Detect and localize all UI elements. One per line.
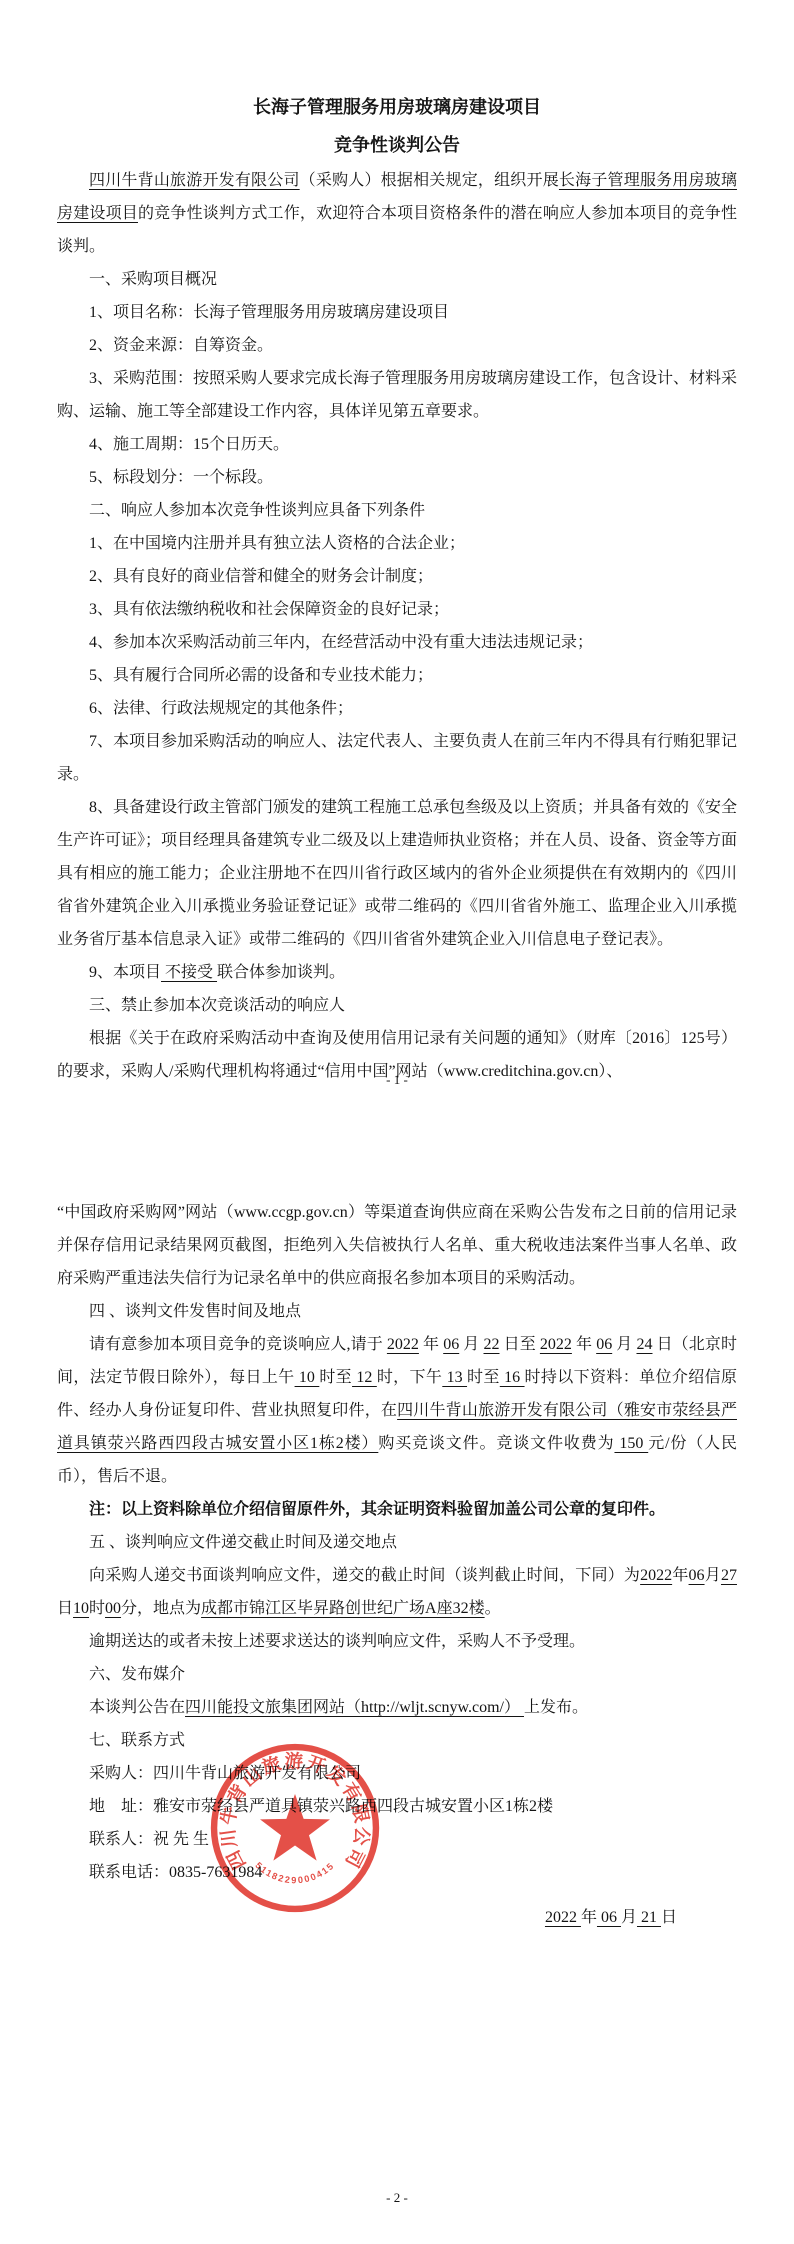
text-run: 时至 bbox=[467, 1369, 500, 1386]
text-run: 4、施工周期：15个日历天。 bbox=[89, 436, 289, 453]
text-run: 月 bbox=[459, 1336, 483, 1353]
underlined-text-run: 13 bbox=[442, 1369, 467, 1386]
text-run: 时，下午 bbox=[377, 1369, 442, 1386]
section-heading: 六、发布媒介 bbox=[57, 1658, 737, 1691]
text-run: 三、禁止参加本次竞谈活动的响应人 bbox=[89, 997, 345, 1014]
underlined-text-run: 四川牛背山旅游开发有限公司 bbox=[89, 172, 300, 189]
underlined-text-run: 12 bbox=[352, 1369, 377, 1386]
text-run: 年 bbox=[672, 1567, 688, 1584]
paragraph: 联系电话：0835-7631984 bbox=[57, 1856, 737, 1889]
underlined-text-run: 2022 bbox=[540, 1336, 572, 1353]
page-2-content: “中国政府采购网”网站（www.ccgp.gov.cn）等渠道查询供应商在采购公… bbox=[57, 1196, 737, 1934]
text-run: 年 bbox=[572, 1336, 596, 1353]
underlined-text-run: 27 bbox=[721, 1567, 737, 1584]
paragraph: 1、项目名称：长海子管理服务用房玻璃房建设项目 bbox=[57, 296, 737, 329]
text-run: 分，地点为 bbox=[121, 1600, 201, 1617]
text-run: 2、具有良好的商业信誉和健全的财务会计制度； bbox=[89, 568, 433, 585]
page-number-2: - 2 - bbox=[0, 2190, 794, 2206]
underlined-text-run: 2022 bbox=[387, 1336, 419, 1353]
paragraph: 请有意参加本项目竞争的竞谈响应人,请于 2022 年 06 月 22 日至 20… bbox=[57, 1328, 737, 1493]
underlined-text-run: 06 bbox=[597, 1909, 621, 1926]
section-heading: 二、响应人参加本次竞争性谈判应具备下列条件 bbox=[57, 494, 737, 527]
text-run: 五 、谈判响应文件递交截止时间及递交地点 bbox=[89, 1534, 397, 1551]
text-run: （采购人）根据相关规定，组织开展 bbox=[300, 172, 559, 189]
text-run: “中国政府采购网”网站（www.ccgp.gov.cn）等渠道查询供应商在采购公… bbox=[57, 1204, 737, 1287]
text-run: 联合体参加谈判。 bbox=[217, 964, 345, 981]
section-heading: 七、联系方式 bbox=[57, 1724, 737, 1757]
seal-star-icon bbox=[260, 1794, 330, 1861]
paragraph: 注：以上资料除单位介绍信留原件外，其余证明资料验留加盖公司公章的复印件。 bbox=[57, 1493, 737, 1526]
paragraph: 3、具有依法缴纳税收和社会保障资金的良好记录； bbox=[57, 593, 737, 626]
text-run: 日 bbox=[57, 1600, 73, 1617]
text-run: 2、资金来源：自筹资金。 bbox=[89, 337, 273, 354]
page-number-1: - 1 - bbox=[0, 1072, 794, 1088]
section-heading: 一、采购项目概况 bbox=[57, 263, 737, 296]
text-run: 时至 bbox=[319, 1369, 352, 1386]
text-run: 年 bbox=[581, 1909, 597, 1926]
paragraph: 向采购人递交书面谈判响应文件，递交的截止时间（谈判截止时间，下同）为2022年0… bbox=[57, 1559, 737, 1625]
paragraph: 5、标段划分：一个标段。 bbox=[57, 461, 737, 494]
text-run: 月 bbox=[621, 1909, 637, 1926]
underlined-text-run: 22 bbox=[484, 1336, 500, 1353]
underlined-text-run: 成都市锦江区毕昇路创世纪广场A座32楼 bbox=[201, 1600, 485, 1617]
company-seal: 四川牛背山旅游开发有限公司 5118229000415 bbox=[203, 1736, 387, 1920]
text-run: 逾期送达的或者未按上述要求送达的谈判响应文件，采购人不予受理。 bbox=[89, 1633, 585, 1650]
underlined-text-run: 06 bbox=[596, 1336, 612, 1353]
paragraph: 7、本项目参加采购活动的响应人、法定代表人、主要负责人在前三年内不得具有行贿犯罪… bbox=[57, 725, 737, 791]
underlined-text-run: 06 bbox=[443, 1336, 459, 1353]
text-run: 。 bbox=[485, 1600, 501, 1617]
paragraph: 联系人：祝 先 生 bbox=[57, 1823, 737, 1856]
underlined-text-run: 06 bbox=[689, 1567, 705, 1584]
text-run: 1、项目名称：长海子管理服务用房玻璃房建设项目 bbox=[89, 304, 449, 321]
paragraph: 四川牛背山旅游开发有限公司（采购人）根据相关规定，组织开展长海子管理服务用房玻璃… bbox=[57, 164, 737, 263]
underlined-text-run: 150 bbox=[614, 1435, 648, 1452]
paragraph: “中国政府采购网”网站（www.ccgp.gov.cn）等渠道查询供应商在采购公… bbox=[57, 1196, 737, 1295]
text-run: 上发布。 bbox=[524, 1699, 588, 1716]
document-title-line1: 长海子管理服务用房玻璃房建设项目 bbox=[57, 88, 737, 126]
underlined-text-run: 2022 bbox=[640, 1567, 672, 1584]
paragraph: 逾期送达的或者未按上述要求送达的谈判响应文件，采购人不予受理。 bbox=[57, 1625, 737, 1658]
underlined-text-run: 21 bbox=[637, 1909, 661, 1926]
text-run: 向采购人递交书面谈判响应文件，递交的截止时间（谈判截止时间，下同）为 bbox=[89, 1567, 640, 1584]
text-run: 的竞争性谈判方式工作，欢迎符合本项目资格条件的潜在响应人参加本项目的竞争性谈判。 bbox=[57, 205, 737, 255]
paragraph: 3、采购范围：按照采购人要求完成长海子管理服务用房玻璃房建设工作，包含设计、材料… bbox=[57, 362, 737, 428]
paragraph: 8、具备建设行政主管部门颁发的建筑工程施工总承包叁级及以上资质；并具备有效的《安… bbox=[57, 791, 737, 956]
paragraph: 2、具有良好的商业信誉和健全的财务会计制度； bbox=[57, 560, 737, 593]
text-run: 日 bbox=[661, 1909, 677, 1926]
text-run: 购买竞谈文件。竞谈文件收费为 bbox=[378, 1435, 614, 1452]
underlined-text-run: 16 bbox=[500, 1369, 525, 1386]
text-run: 日至 bbox=[500, 1336, 540, 1353]
document: 长海子管理服务用房玻璃房建设项目 竞争性谈判公告 四川牛背山旅游开发有限公司（采… bbox=[0, 0, 794, 1934]
text-run: 本谈判公告在 bbox=[89, 1699, 185, 1716]
document-title-line2: 竞争性谈判公告 bbox=[57, 126, 737, 164]
underlined-text-run: 2022 bbox=[545, 1909, 581, 1926]
text-run: 七、联系方式 bbox=[89, 1732, 185, 1749]
text-run: 月 bbox=[705, 1567, 721, 1584]
text-run: 3、采购范围：按照采购人要求完成长海子管理服务用房玻璃房建设工作，包含设计、材料… bbox=[57, 370, 737, 420]
paragraph: 9、本项目 不接受 联合体参加谈判。 bbox=[57, 956, 737, 989]
text-run: 一、采购项目概况 bbox=[89, 271, 217, 288]
paragraph: 采购人：四川牛背山旅游开发有限公司 bbox=[57, 1757, 737, 1790]
paragraph: 2、资金来源：自筹资金。 bbox=[57, 329, 737, 362]
paragraph: 本谈判公告在四川能投文旅集团网站（http://wljt.scnyw.com/）… bbox=[57, 1691, 737, 1724]
text-run: 二、响应人参加本次竞争性谈判应具备下列条件 bbox=[89, 502, 425, 519]
text-run: 年 bbox=[419, 1336, 443, 1353]
text-run: 8、具备建设行政主管部门颁发的建筑工程施工总承包叁级及以上资质；并具备有效的《安… bbox=[57, 799, 737, 948]
paragraph: 地 址：雅安市荥经县严道具镇荥兴路西四段古城安置小区1栋2楼 bbox=[57, 1790, 737, 1823]
text-run: 7、本项目参加采购活动的响应人、法定代表人、主要负责人在前三年内不得具有行贿犯罪… bbox=[57, 733, 737, 783]
text-run: 5、标段划分：一个标段。 bbox=[89, 469, 273, 486]
text-run: 6、法律、行政法规规定的其他条件； bbox=[89, 700, 353, 717]
section-heading: 三、禁止参加本次竞谈活动的响应人 bbox=[57, 989, 737, 1022]
section-heading: 四 、谈判文件发售时间及地点 bbox=[57, 1295, 737, 1328]
paragraph: 5、具有履行合同所必需的设备和专业技术能力； bbox=[57, 659, 737, 692]
underlined-text-run: 00 bbox=[105, 1600, 121, 1617]
paragraph: 4、施工周期：15个日历天。 bbox=[57, 428, 737, 461]
underlined-text-run: 10 bbox=[73, 1600, 89, 1617]
text-run: 1、在中国境内注册并具有独立法人资格的合法企业； bbox=[89, 535, 465, 552]
page-break-spacer bbox=[57, 1088, 737, 1196]
text-run: 四 、谈判文件发售时间及地点 bbox=[89, 1303, 301, 1320]
page-1-content: 四川牛背山旅游开发有限公司（采购人）根据相关规定，组织开展长海子管理服务用房玻璃… bbox=[57, 164, 737, 1088]
paragraph: 1、在中国境内注册并具有独立法人资格的合法企业； bbox=[57, 527, 737, 560]
underlined-text-run: 不接受 bbox=[161, 964, 217, 981]
text-run: 月 bbox=[612, 1336, 636, 1353]
text-run: 9、本项目 bbox=[89, 964, 161, 981]
paragraph: 6、法律、行政法规规定的其他条件； bbox=[57, 692, 737, 725]
underlined-text-run: 10 bbox=[295, 1369, 320, 1386]
text-run: 六、发布媒介 bbox=[89, 1666, 185, 1683]
section-heading: 五 、谈判响应文件递交截止时间及递交地点 bbox=[57, 1526, 737, 1559]
paragraph: 4、参加本次采购活动前三年内，在经营活动中没有重大违法违规记录； bbox=[57, 626, 737, 659]
text-run: 请有意参加本项目竞争的竞谈响应人,请于 bbox=[89, 1336, 387, 1353]
seal-registration-number: 5118229000415 bbox=[253, 1860, 336, 1885]
text-run: 3、具有依法缴纳税收和社会保障资金的良好记录； bbox=[89, 601, 449, 618]
underlined-text-run: 四川能投文旅集团网站（http://wljt.scnyw.com/） bbox=[185, 1699, 524, 1716]
text-run: 4、参加本次采购活动前三年内，在经营活动中没有重大违法违规记录； bbox=[89, 634, 593, 651]
text-run: 5、具有履行合同所必需的设备和专业技术能力； bbox=[89, 667, 433, 684]
text-run: 联系人：祝 先 生 bbox=[89, 1831, 209, 1848]
underlined-text-run: 24 bbox=[636, 1336, 652, 1353]
text-run: 注：以上资料除单位介绍信留原件外，其余证明资料验留加盖公司公章的复印件。 bbox=[89, 1501, 665, 1518]
date-line: 2022 年 06 月 21 日 bbox=[57, 1901, 737, 1934]
text-run: 时 bbox=[89, 1600, 105, 1617]
